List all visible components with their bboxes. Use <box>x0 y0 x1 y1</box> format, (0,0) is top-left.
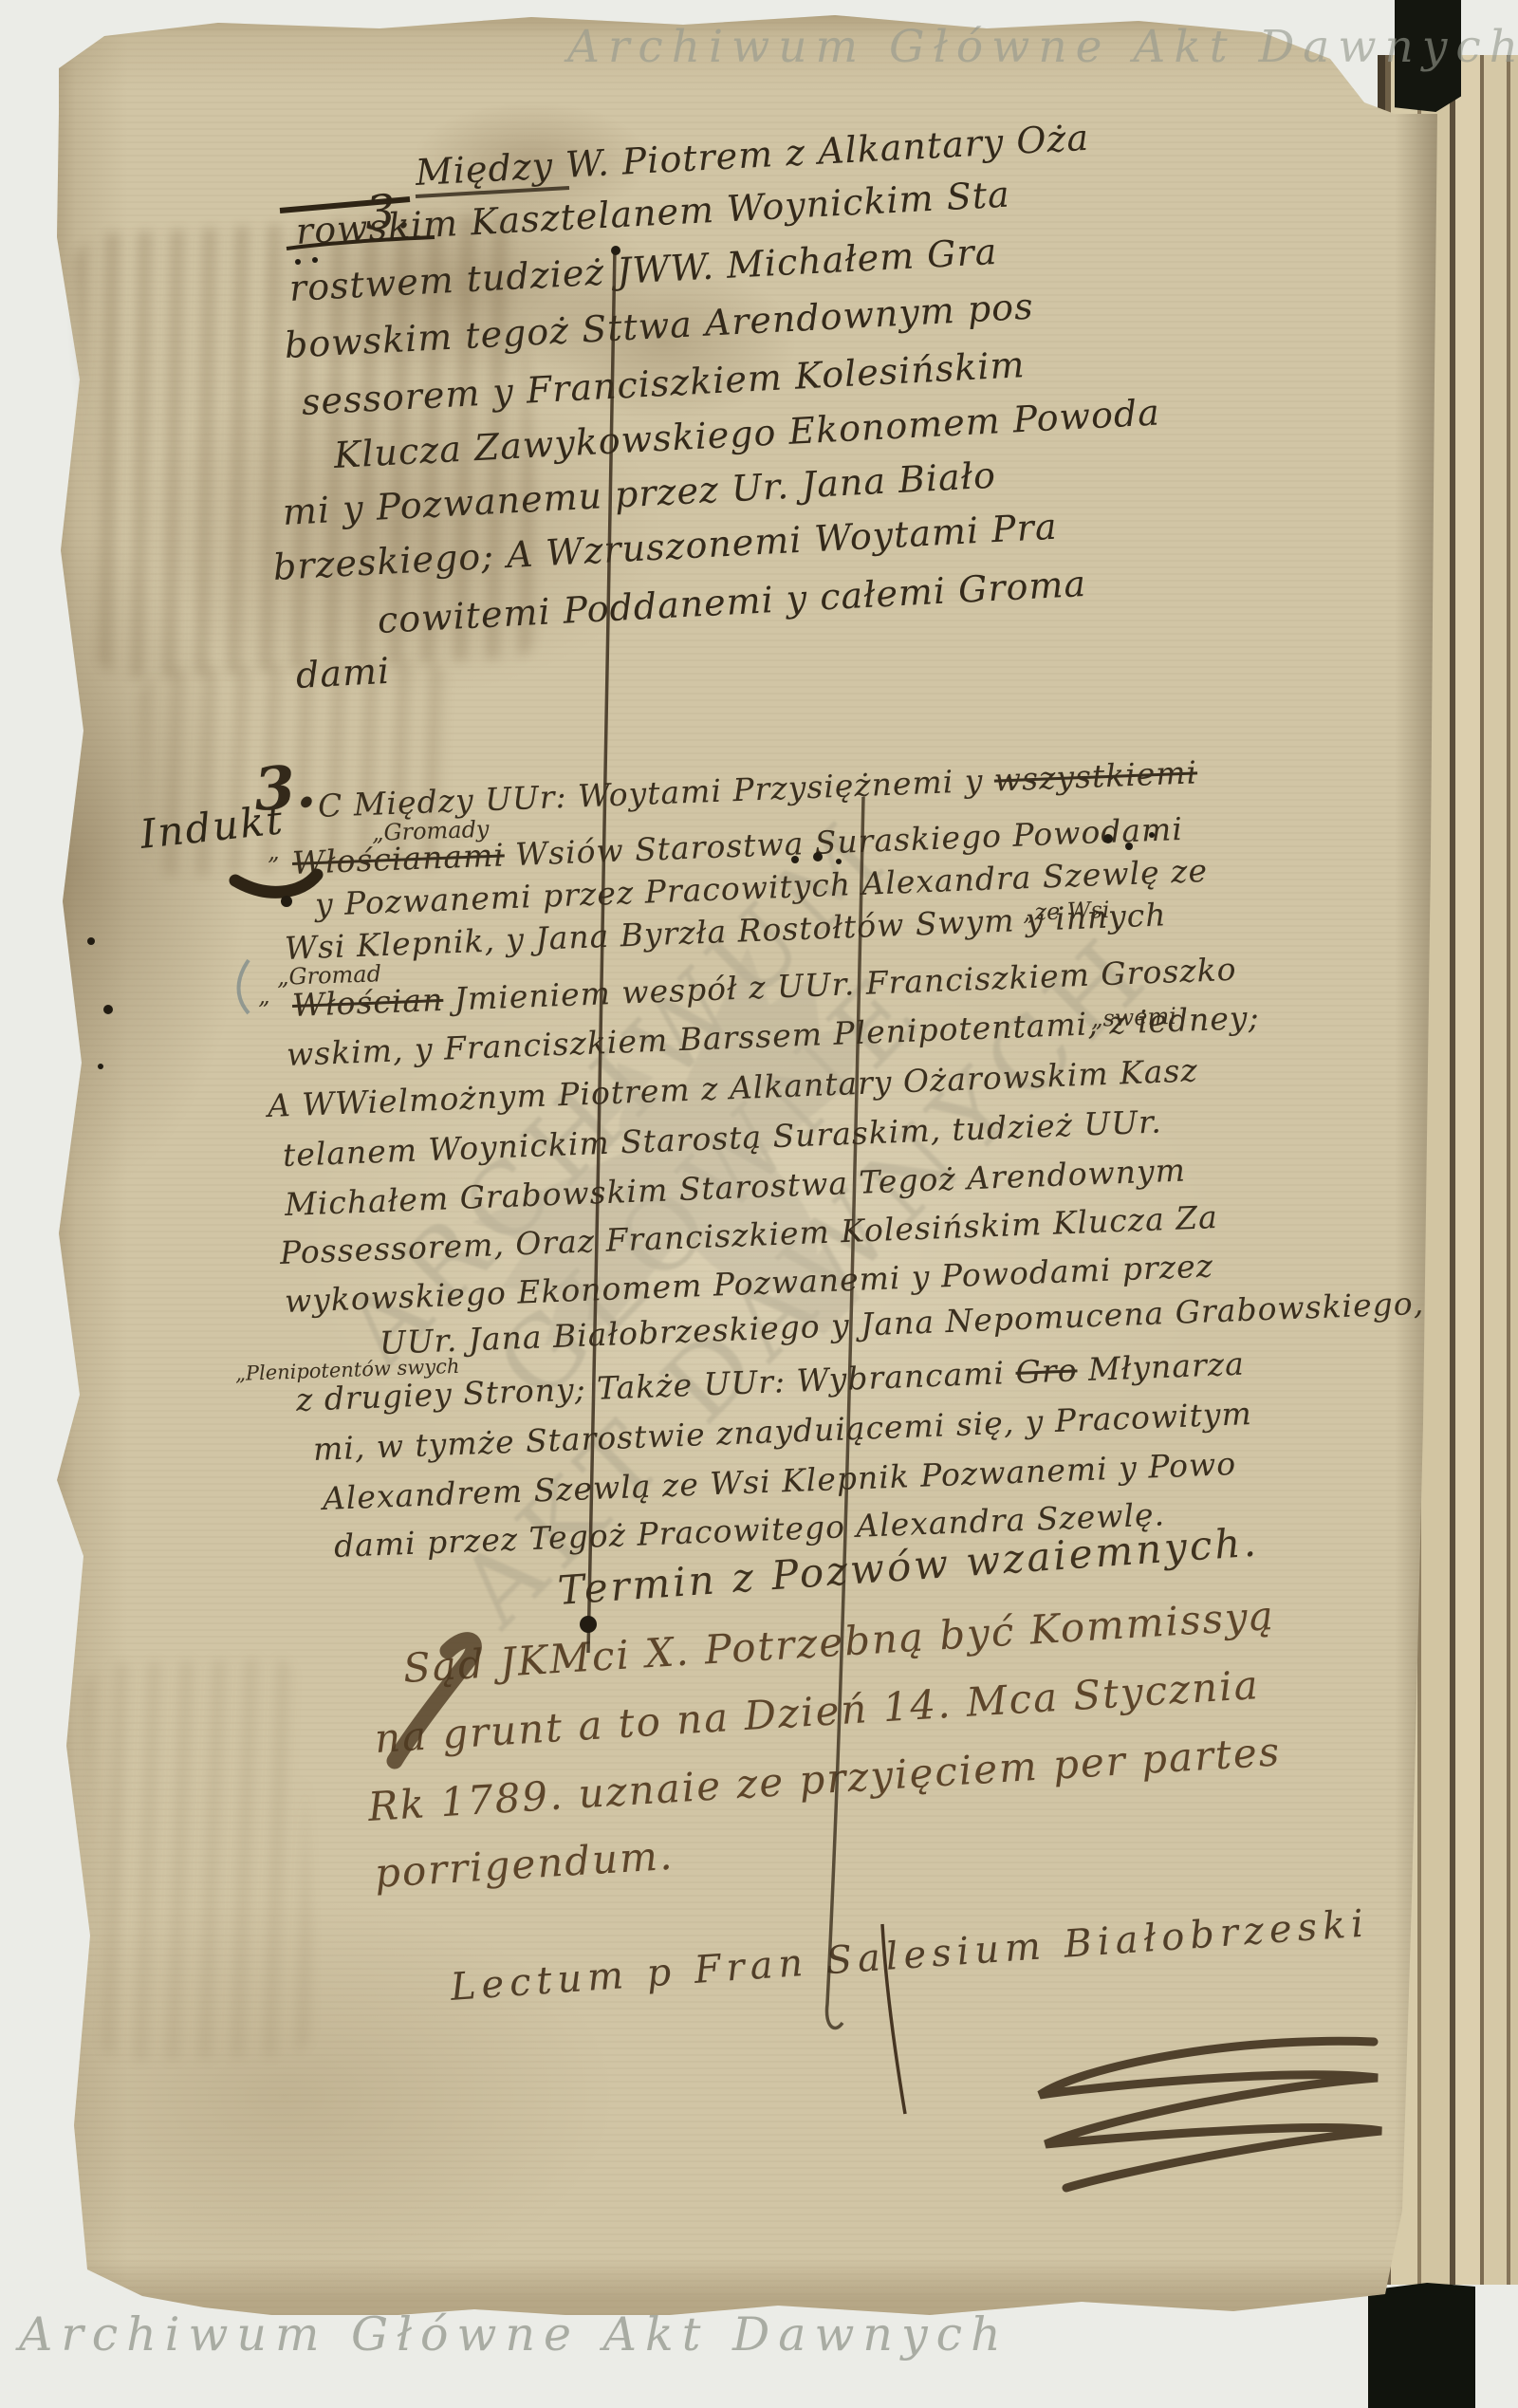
scanner-black-strip-bottom <box>1368 2283 1475 2408</box>
struck-text: Włościan <box>291 981 444 1024</box>
insertion-mark: „ <box>258 983 270 1010</box>
archive-watermark-bottom: Archiwum Główne Akt Dawnych <box>19 2307 1009 2362</box>
insertion-mark: „ <box>268 839 280 865</box>
struck-text: wszystkiemi <box>993 753 1198 798</box>
archive-watermark-top: Archiwum Główne Akt Dawnych <box>567 21 1518 73</box>
struck-text: Gro <box>1015 1351 1078 1390</box>
case-number: 3. <box>251 751 318 824</box>
ink-bleedthrough <box>83 1657 316 2063</box>
manuscript-text-line: dami <box>295 650 391 696</box>
archival-scan: ARCHIWUM GŁÓWNE AKT DAWNYCH 3. Między W.… <box>0 0 1518 2408</box>
text-segment: Młynarza <box>1077 1345 1246 1389</box>
